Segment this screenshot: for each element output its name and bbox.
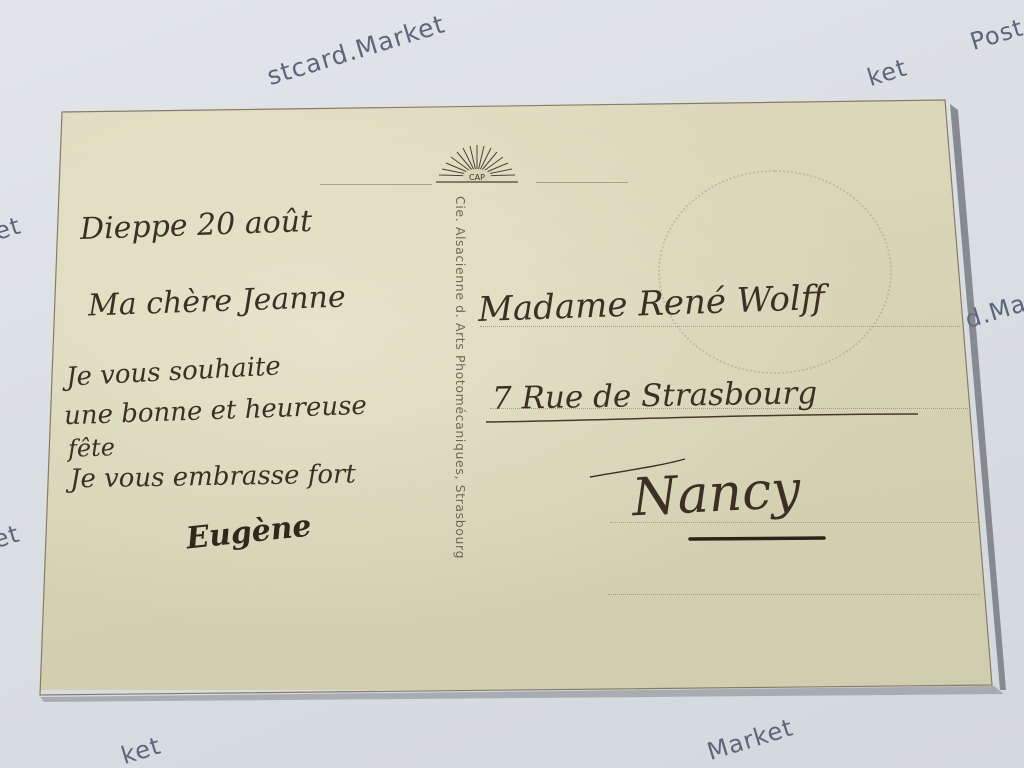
header-rule-left	[320, 184, 432, 185]
message-line-3: fête	[68, 433, 116, 463]
header-rule-right	[536, 182, 628, 183]
address-city: Nancy	[631, 460, 802, 529]
faint-postmark	[658, 170, 892, 374]
svg-text:CAP: CAP	[469, 173, 485, 182]
address-street: 7 Rue de Strasbourg	[492, 375, 818, 417]
address-line-4	[608, 594, 980, 595]
message-line-4: Je vous embrasse fort	[70, 460, 356, 495]
postcard: CAP Cie. Alsacienne d. Arts Photomécaniq…	[0, 0, 1024, 768]
publisher-imprint: Cie. Alsacienne d. Arts Photomécaniques,…	[453, 196, 468, 559]
sunburst-logo-icon: CAP	[432, 142, 522, 188]
